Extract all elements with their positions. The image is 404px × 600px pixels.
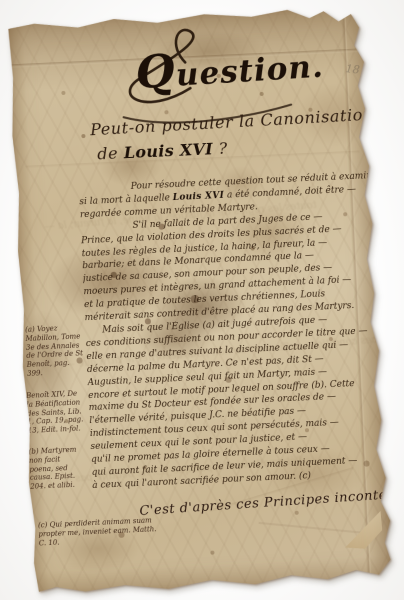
- photo-background: toutes les règles de la justice, la hain…: [0, 0, 404, 600]
- margin-notes: (a) Voyez Mabillon, Tome 3e des Annales …: [5, 4, 367, 20]
- margin-note: (b) Martyrem non facit poena, sed causa.…: [28, 445, 86, 491]
- pencil-mark: 18: [345, 62, 360, 76]
- margin-note: Benoît XIV, De la Béatification des Sain…: [26, 389, 86, 436]
- question-line-1: Peut-on postuler la Canonisation: [90, 104, 375, 139]
- manuscript-body-text: Pour résoudre cette question tout se réd…: [79, 170, 385, 493]
- diagonal-crease: [259, 522, 369, 534]
- manuscript-page: toutes les règles de la justice, la hain…: [5, 4, 393, 598]
- paper-sheet: toutes les règles de la justice, la hain…: [5, 4, 393, 598]
- page-title: Question.: [134, 35, 325, 100]
- margin-note: (a) Voyez Mabillon, Tome 3e des Annales …: [25, 323, 85, 378]
- margin-note: (c) Qui perdiderit animam suam propter m…: [38, 516, 161, 548]
- foxing-speckles-texture: [5, 20, 7, 22]
